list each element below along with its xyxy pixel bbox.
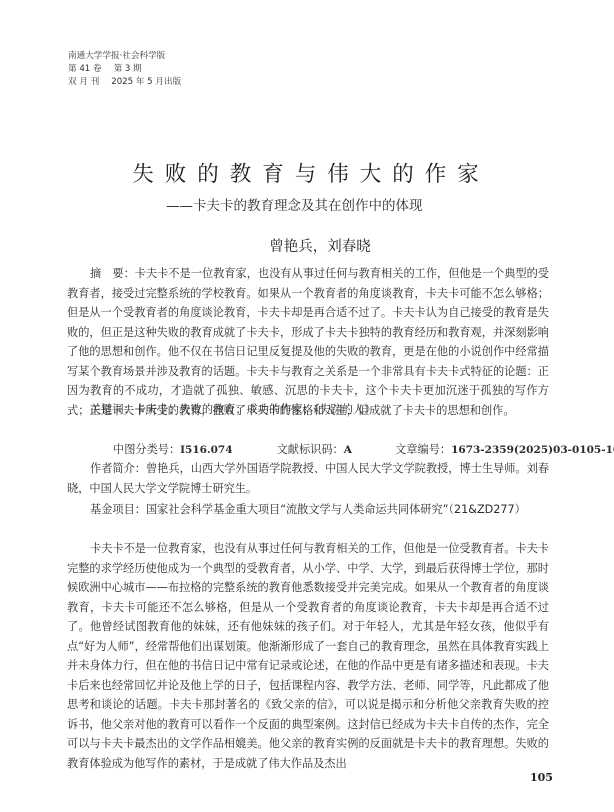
article-subtitle: ——卡夫卡的教育理念及其在创作中的体现 [166, 194, 423, 214]
author-note-label: 作者简介： [90, 462, 146, 475]
frequency-date: 双 月 刊2025 年 5 月出版 [68, 76, 181, 89]
journal-name: 南通大学学报·社会科学版 [68, 50, 181, 63]
keywords-label: 关键词： [90, 403, 135, 416]
article-title: 失败的教育与伟大的作家 [0, 157, 614, 188]
journal-header: 南通大学学报·社会科学版 第 41 卷第 3 期 双 月 刊2025 年 5 月… [68, 50, 181, 89]
keywords-text: 卡夫卡；失败的教育；成功的作家；《失踪的人》 [135, 403, 376, 416]
clc-number: 中图分类号：I516.074 [90, 440, 250, 461]
article-no-label: 文章编号： [395, 443, 451, 456]
journal-page: 南通大学学报·社会科学版 第 41 卷第 3 期 双 月 刊2025 年 5 月… [0, 0, 614, 812]
frequency: 双 月 刊 [68, 77, 99, 87]
abstract-label: 摘 要： [90, 267, 135, 280]
fund-text: 国家社会科学基金重大项目“流散文学与人类命运共同体研究”（21&ZD277） [146, 503, 526, 516]
doc-code-value: A [344, 444, 352, 456]
abstract-text: 卡夫卡不是一位教育家，也没有从事过任何与教育相关的工作，但他是一个典型的受教育者… [67, 267, 549, 417]
clc-label: 中图分类号： [113, 443, 180, 456]
author-note: 作者简介：曾艳兵，山西大学外国语学院教授、中国人民大学文学院教授，博士生导师。刘… [67, 459, 549, 498]
doc-code-label: 文献标识码： [277, 443, 344, 456]
fund-project: 基金项目：国家社会科学基金重大项目“流散文学与人类命运共同体研究”（21&ZD2… [67, 500, 549, 520]
fund-label: 基金项目： [90, 503, 146, 516]
body-paragraph: 卡夫卡不是一位教育家，也没有从事过任何与教育相关的工作，但他是一位受教育者。卡夫… [67, 539, 549, 773]
classification-row: 中图分类号：I516.074 文献标识码：A 文章编号：1673-2359(20… [67, 440, 549, 461]
volume: 第 41 卷 [68, 64, 102, 74]
issue: 第 3 期 [114, 64, 142, 74]
article-authors: 曾艳兵，刘春晓 [0, 235, 614, 256]
page-number: 105 [530, 771, 553, 784]
volume-issue: 第 41 卷第 3 期 [68, 63, 181, 76]
article-no-value: 1673-2359(2025)03-0105-10 [451, 444, 614, 456]
keywords: 关键词：卡夫卡；失败的教育；成功的作家；《失踪的人》 [67, 400, 549, 420]
publication-date: 2025 年 5 月出版 [111, 77, 181, 87]
article-number: 文章编号：1673-2359(2025)03-0105-10 [372, 440, 614, 461]
abstract: 摘 要：卡夫卡不是一位教育家，也没有从事过任何与教育相关的工作，但他是一个典型的… [67, 264, 549, 420]
document-code: 文献标识码：A [254, 440, 369, 461]
clc-value: I516.074 [180, 444, 232, 456]
